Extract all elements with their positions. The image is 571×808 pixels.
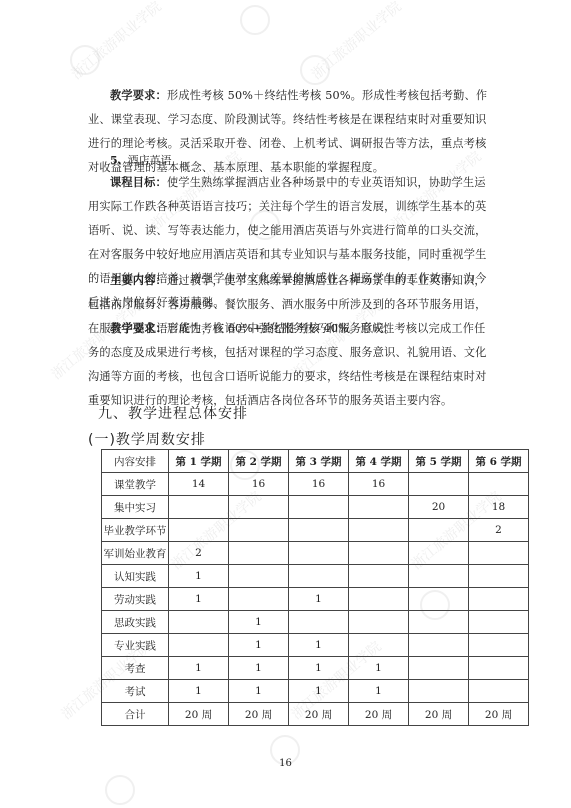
cell [229, 542, 289, 565]
cell: 1 [289, 680, 349, 703]
cell: 1 [229, 611, 289, 634]
cell [469, 634, 529, 657]
cell [409, 680, 469, 703]
watermark-seal-icon [240, 5, 270, 35]
label-main-content: 主要内容： [110, 273, 167, 287]
cell [409, 611, 469, 634]
cell [469, 565, 529, 588]
cell [289, 542, 349, 565]
cell [169, 519, 229, 542]
cell: 1 [229, 680, 289, 703]
section-heading-hotel-english: 5.酒店英语 [110, 152, 171, 168]
table-row-total: 合计 20 周 20 周 20 周 20 周 20 周 20 周 [102, 703, 529, 726]
row-label: 考试 [102, 680, 169, 703]
cell [409, 519, 469, 542]
table-row: 认知实践 1 [102, 565, 529, 588]
cell: 1 [169, 657, 229, 680]
cell: 1 [349, 657, 409, 680]
label-teaching-requirements: 教学要求： [110, 321, 167, 335]
weeks-schedule-table: 内容安排 第 1 学期 第 2 学期 第 3 学期 第 4 学期 第 5 学期 … [101, 449, 529, 726]
watermark: 浙江旅游职业学院 [307, 0, 406, 84]
watermark: 浙江旅游职业学院 [67, 0, 166, 84]
row-label: 专业实践 [102, 634, 169, 657]
cell [349, 611, 409, 634]
cell [289, 519, 349, 542]
cell [349, 542, 409, 565]
cell: 20 周 [409, 703, 469, 726]
table-row: 集中实习 20 18 [102, 496, 529, 519]
cell: 1 [289, 634, 349, 657]
label-course-objectives: 课程目标： [110, 175, 167, 189]
table-row: 军训始业教育 2 [102, 542, 529, 565]
row-label: 认知实践 [102, 565, 169, 588]
cell: 1 [169, 588, 229, 611]
cell [469, 542, 529, 565]
header-semester-1: 第 1 学期 [169, 450, 229, 473]
cell: 16 [229, 473, 289, 496]
page-number: 16 [0, 758, 571, 769]
paragraph-teaching-requirements-2: 教学要求：形成性考核 60%+终结性考核 40%。形成性考核以完成工作任务的态度… [88, 316, 488, 413]
cell [469, 588, 529, 611]
cell [409, 657, 469, 680]
cell [409, 634, 469, 657]
header-semester-4: 第 4 学期 [349, 450, 409, 473]
table-row: 思政实践 1 [102, 611, 529, 634]
watermark-seal-icon [105, 775, 135, 805]
header-semester-5: 第 5 学期 [409, 450, 469, 473]
cell [169, 611, 229, 634]
row-label: 集中实习 [102, 496, 169, 519]
cell: 1 [289, 657, 349, 680]
cell [469, 611, 529, 634]
header-semester-6: 第 6 学期 [469, 450, 529, 473]
cell [409, 565, 469, 588]
table-row: 考试 1 1 1 1 [102, 680, 529, 703]
cell: 20 周 [469, 703, 529, 726]
row-label: 课堂教学 [102, 473, 169, 496]
cell [349, 519, 409, 542]
cell [229, 588, 289, 611]
cell: 1 [229, 657, 289, 680]
cell [229, 519, 289, 542]
heading-teaching-schedule: 九、教学进程总体安排 [98, 403, 248, 423]
row-label: 考查 [102, 657, 169, 680]
cell: 20 周 [289, 703, 349, 726]
cell: 16 [289, 473, 349, 496]
table-row: 劳动实践 1 1 [102, 588, 529, 611]
cell [349, 496, 409, 519]
cell [469, 680, 529, 703]
cell [409, 588, 469, 611]
row-label: 合计 [102, 703, 169, 726]
table-header-row: 内容安排 第 1 学期 第 2 学期 第 3 学期 第 4 学期 第 5 学期 … [102, 450, 529, 473]
cell: 18 [469, 496, 529, 519]
cell [409, 542, 469, 565]
cell: 1 [349, 680, 409, 703]
cell: 20 周 [169, 703, 229, 726]
row-label: 思政实践 [102, 611, 169, 634]
cell [349, 565, 409, 588]
cell [289, 565, 349, 588]
cell [229, 565, 289, 588]
cell [169, 496, 229, 519]
cell: 20 [409, 496, 469, 519]
cell [409, 473, 469, 496]
cell: 1 [169, 565, 229, 588]
table-row: 考查 1 1 1 1 [102, 657, 529, 680]
cell [349, 634, 409, 657]
label-teaching-requirements: 教学要求： [110, 88, 167, 102]
cell: 1 [229, 634, 289, 657]
header-content: 内容安排 [102, 450, 169, 473]
cell: 14 [169, 473, 229, 496]
cell [229, 496, 289, 519]
cell [469, 657, 529, 680]
table-row: 专业实践 1 1 [102, 634, 529, 657]
watermark-seal-icon [70, 45, 100, 75]
cell [289, 611, 349, 634]
header-semester-3: 第 3 学期 [289, 450, 349, 473]
watermark-seal-icon [300, 55, 330, 85]
header-semester-2: 第 2 学期 [229, 450, 289, 473]
cell: 1 [169, 680, 229, 703]
table-row: 毕业教学环节 2 [102, 519, 529, 542]
cell [349, 588, 409, 611]
table-row: 课堂教学 14 16 16 16 [102, 473, 529, 496]
cell: 2 [469, 519, 529, 542]
cell: 2 [169, 542, 229, 565]
section-title: 酒店英语 [127, 154, 171, 167]
subheading-weeks-arrangement: (一)教学周数安排 [88, 429, 206, 449]
cell: 20 周 [229, 703, 289, 726]
cell [289, 496, 349, 519]
row-label: 毕业教学环节 [102, 519, 169, 542]
cell: 20 周 [349, 703, 409, 726]
cell [169, 634, 229, 657]
section-number: 5. [110, 154, 121, 167]
cell: 16 [349, 473, 409, 496]
cell [469, 473, 529, 496]
row-label: 劳动实践 [102, 588, 169, 611]
row-label: 军训始业教育 [102, 542, 169, 565]
cell: 1 [289, 588, 349, 611]
